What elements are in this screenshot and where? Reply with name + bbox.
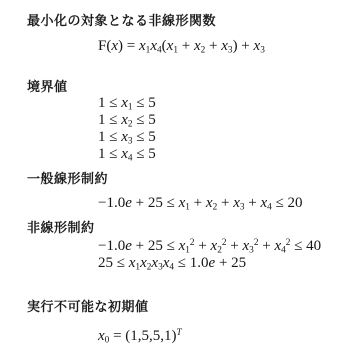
formula-block-bounds: 1 ≤ x1 ≤ 5 1 ≤ x2 ≤ 5 1 ≤ x3 ≤ 5 1 ≤ x4 … [98,95,356,163]
section-bounds: 境界値 1 ≤ x1 ≤ 5 1 ≤ x2 ≤ 5 1 ≤ x3 ≤ 5 1 ≤… [27,79,356,163]
heading-objective-function: 最小化の対象となる非線形関数 [27,13,356,29]
formula-nonlinear-constraint-1: −1.0e + 25 ≤ x12 + x22 + x32 + x42 ≤ 40 [98,238,356,255]
section-initial-value: 実行不可能な初期値 x0 = (1,5,5,1)T [27,299,356,345]
heading-nonlinear-constraints: 非線形制約 [27,220,356,236]
formula-initial-value: x0 = (1,5,5,1)T [98,328,356,345]
section-nonlinear-constraints: 非線形制約 −1.0e + 25 ≤ x12 + x22 + x32 + x42… [27,220,356,272]
heading-bounds: 境界値 [27,79,356,95]
formula-objective-function: F(x) = x1x4(x1 + x2 + x3) + x3 [98,38,356,55]
heading-linear-constraints: 一般線形制約 [27,171,356,187]
section-linear-constraints: 一般線形制約 −1.0e + 25 ≤ x1 + x2 + x3 + x4 ≤ … [27,171,356,212]
formula-block-linear: −1.0e + 25 ≤ x1 + x2 + x3 + x4 ≤ 20 [98,195,356,212]
formula-bound-x4: 1 ≤ x4 ≤ 5 [98,146,356,163]
formula-bound-x3: 1 ≤ x3 ≤ 5 [98,129,356,146]
heading-initial-value: 実行不可能な初期値 [27,299,356,315]
formula-block-objective: F(x) = x1x4(x1 + x2 + x3) + x3 [98,38,356,55]
formula-nonlinear-constraint-2: 25 ≤ x1x2x3x4 ≤ 1.0e + 25 [98,255,356,272]
document: 最小化の対象となる非線形関数 F(x) = x1x4(x1 + x2 + x3)… [0,0,364,345]
formula-block-initial: x0 = (1,5,5,1)T [98,328,356,345]
formula-block-nonlinear: −1.0e + 25 ≤ x12 + x22 + x32 + x42 ≤ 40 … [98,238,356,272]
section-objective-function: 最小化の対象となる非線形関数 F(x) = x1x4(x1 + x2 + x3)… [27,13,356,55]
formula-bound-x2: 1 ≤ x2 ≤ 5 [98,112,356,129]
formula-bound-x1: 1 ≤ x1 ≤ 5 [98,95,356,112]
formula-linear-constraint: −1.0e + 25 ≤ x1 + x2 + x3 + x4 ≤ 20 [98,195,356,212]
